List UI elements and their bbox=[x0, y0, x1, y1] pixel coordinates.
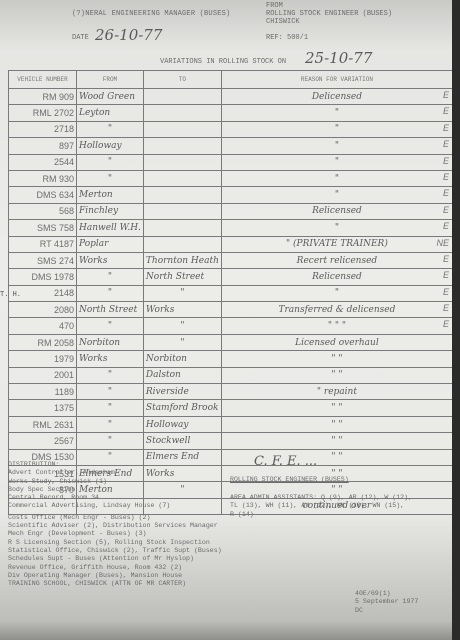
from-depot-text: Norbiton bbox=[79, 338, 120, 348]
from-depot-text: " bbox=[108, 272, 112, 282]
table-row: SMS 274WorksThornton HeathRecert relicen… bbox=[9, 252, 453, 268]
area-admin-assistants: AREA ADMIN ASSISTANTS: Q (9), AR (12), W… bbox=[230, 494, 412, 519]
to-depot bbox=[143, 170, 221, 186]
vehicle-number: 1375 bbox=[9, 400, 77, 416]
vehicle-number-text: RM 909 bbox=[42, 92, 74, 102]
reason-text: " bbox=[335, 141, 339, 151]
status-code: E bbox=[443, 123, 449, 133]
from-depot: " bbox=[77, 285, 144, 301]
to-depot-text: " bbox=[180, 338, 184, 348]
from-depot-text: " bbox=[108, 436, 112, 446]
vehicle-number: RM 930 bbox=[9, 170, 77, 186]
from-depot: " bbox=[77, 400, 144, 416]
reason-text: " bbox=[335, 124, 339, 134]
distribution-line: Statistical Office, Chiswick (2), Traffi… bbox=[8, 547, 222, 555]
vehicle-number-text: 2544 bbox=[54, 157, 74, 167]
col-reason: REASON FOR VARIATION bbox=[221, 71, 452, 89]
from-depot: Holloway bbox=[77, 138, 144, 154]
to-depot: Works bbox=[143, 302, 221, 318]
vehicle-number: 568 bbox=[9, 203, 77, 219]
vehicle-number: 2080 bbox=[9, 302, 77, 318]
vehicle-number: 2544 bbox=[9, 154, 77, 170]
reason: " " bbox=[221, 351, 452, 367]
reason: " " bbox=[221, 416, 452, 432]
reason-text: " " bbox=[331, 354, 342, 364]
document-page: (?)NERAL ENGINEERING MANAGER (BUSES) FRO… bbox=[0, 0, 452, 640]
table-row: 1979WorksNorbiton" " bbox=[9, 351, 453, 367]
reason-text: " " " bbox=[328, 321, 346, 331]
vehicle-number-text: RML 2702 bbox=[33, 108, 74, 118]
table-row: DMS 634Merton"E bbox=[9, 187, 453, 203]
vehicle-number-text: SMS 758 bbox=[37, 223, 74, 233]
from-depot-text: Works bbox=[79, 256, 107, 266]
reference: REF: 500/1 bbox=[266, 34, 308, 42]
col-from: FROM bbox=[77, 71, 144, 89]
distribution-line: Advert Controller, Aldenham bbox=[8, 469, 222, 477]
table-row: 897Holloway"E bbox=[9, 138, 453, 154]
status-code: E bbox=[443, 303, 449, 313]
to-depot bbox=[143, 121, 221, 137]
from-depot-text: " bbox=[108, 174, 112, 184]
table-row: 2080North StreetWorksTransferred & delic… bbox=[9, 302, 453, 318]
status-code: E bbox=[443, 205, 449, 215]
table-row: 1189"Riverside" repaint bbox=[9, 384, 453, 400]
reason: Transferred & delicensedE bbox=[221, 302, 452, 318]
reason-text: " " bbox=[331, 370, 342, 380]
reason: " " bbox=[221, 367, 452, 383]
vehicle-number-text: 2001 bbox=[54, 370, 74, 380]
from-block: FROM ROLLING STOCK ENGINEER (BUSES) CHIS… bbox=[266, 2, 392, 26]
table-row: 2567"Stockwell" " bbox=[9, 433, 453, 449]
from-depot-text: Holloway bbox=[79, 141, 122, 151]
from-depot-text: " bbox=[108, 403, 112, 413]
table-row: 470""" " "E bbox=[9, 318, 453, 334]
from-depot-text: " bbox=[108, 370, 112, 380]
scan-edge bbox=[452, 0, 460, 640]
table-row: 2001"Dalston" " bbox=[9, 367, 453, 383]
vehicle-number-text: 1979 bbox=[54, 354, 74, 364]
reason: "E bbox=[221, 154, 452, 170]
ref-value: 500/1 bbox=[287, 34, 308, 42]
from-depot-text: " bbox=[108, 124, 112, 134]
to-depot bbox=[143, 187, 221, 203]
reason: "E bbox=[221, 187, 452, 203]
vehicle-number-text: SMS 274 bbox=[37, 256, 74, 266]
from-depot: " bbox=[77, 433, 144, 449]
vehicle-number-text: RM 930 bbox=[42, 174, 74, 184]
from-depot: North Street bbox=[77, 302, 144, 318]
vehicle-number: RML 2631 bbox=[9, 416, 77, 432]
vehicle-number: 2567 bbox=[9, 433, 77, 449]
reason-text: Recert relicensed bbox=[297, 256, 378, 266]
to-depot bbox=[143, 105, 221, 121]
to-depot: Thornton Heath bbox=[143, 252, 221, 268]
table-row: RM 909Wood GreenDelicensedE bbox=[9, 89, 453, 105]
vehicle-number: RM 2058 bbox=[9, 334, 77, 350]
from-depot-text: Wood Green bbox=[79, 92, 135, 102]
from-depot-text: Merton bbox=[79, 190, 113, 200]
from-depot-text: Leyton bbox=[79, 108, 110, 118]
table-header-row: VEHICLE NUMBER FROM TO REASON FOR VARIAT… bbox=[9, 71, 453, 89]
status-code: E bbox=[443, 221, 449, 231]
reason-text: Relicensed bbox=[312, 272, 362, 282]
distribution-line: Commercial Advertising, Lindsay House (7… bbox=[8, 502, 222, 510]
status-code: E bbox=[443, 254, 449, 264]
to-depot bbox=[143, 89, 221, 105]
distribution-line: Div Operating Manager (Buses), Mansion H… bbox=[8, 572, 222, 580]
from-label: FROM bbox=[266, 2, 392, 10]
from-depot: " bbox=[77, 318, 144, 334]
reason: " " bbox=[221, 400, 452, 416]
vehicle-number: RT 4187 bbox=[9, 236, 77, 252]
vehicle-number: 1979 bbox=[9, 351, 77, 367]
variations-table: VEHICLE NUMBER FROM TO REASON FOR VARIAT… bbox=[8, 70, 453, 515]
distribution-line: TRAINING SCHOOL, CHISWICK (ATTN OF MR CA… bbox=[8, 580, 222, 588]
distribution-line: Revenue Office, Griffith House, Room 432… bbox=[8, 564, 222, 572]
from-depot-text: " bbox=[108, 420, 112, 430]
date-value: 26-10-77 bbox=[95, 26, 162, 44]
vehicle-number-text: 1189 bbox=[55, 387, 74, 397]
from-line-2: CHISWICK bbox=[266, 18, 392, 26]
vehicle-number: 1189 bbox=[9, 384, 77, 400]
from-depot: Wood Green bbox=[77, 89, 144, 105]
reason-text: " bbox=[335, 157, 339, 167]
reason: "E bbox=[221, 105, 452, 121]
distribution-line: R S Licensing Section (5), Rolling Stock… bbox=[8, 539, 222, 547]
to-depot bbox=[143, 138, 221, 154]
from-depot: Poplar bbox=[77, 236, 144, 252]
distribution-line: Central Record, Room 34 bbox=[8, 494, 222, 502]
reason-text: Relicensed bbox=[312, 206, 362, 216]
from-depot-text: " bbox=[108, 387, 112, 397]
status-code: E bbox=[443, 90, 449, 100]
to-depot-text: Thornton Heath bbox=[146, 256, 219, 266]
distribution-line: Scientific Adviser (2), Distribution Ser… bbox=[8, 522, 222, 530]
status-code: E bbox=[443, 319, 449, 329]
from-depot: " bbox=[77, 170, 144, 186]
signature: C. F. E. ... bbox=[254, 454, 317, 469]
reason: "E bbox=[221, 170, 452, 186]
to-depot-text: Stockwell bbox=[146, 436, 190, 446]
table-row: 2544""E bbox=[9, 154, 453, 170]
date-label: DATE bbox=[72, 34, 89, 42]
from-depot-text: North Street bbox=[79, 305, 137, 315]
area-admin-line: R (14) bbox=[230, 511, 412, 519]
from-depot-text: Hanwell W.H. bbox=[79, 223, 141, 233]
from-line-1: ROLLING STOCK ENGINEER (BUSES) bbox=[266, 10, 392, 18]
from-depot: Merton bbox=[77, 187, 144, 203]
reason: Recert relicensedE bbox=[221, 252, 452, 268]
reason-text: Licensed overhaul bbox=[295, 338, 379, 348]
vehicle-number-text: 2718 bbox=[54, 124, 74, 134]
from-depot: Works bbox=[77, 351, 144, 367]
table-body: RM 909Wood GreenDelicensedERML 2702Leyto… bbox=[9, 89, 453, 515]
area-admin-line: AREA ADMIN ASSISTANTS: Q (9), AR (12), W… bbox=[230, 494, 412, 502]
vehicle-number: DMS 1978 bbox=[9, 269, 77, 285]
footer-date: 5 September 1977 bbox=[355, 598, 418, 606]
distribution-line: Works Study, Chiswick (1) bbox=[8, 478, 222, 486]
reason: "E bbox=[221, 138, 452, 154]
vehicle-number: 897 bbox=[9, 138, 77, 154]
from-depot: " bbox=[77, 121, 144, 137]
vehicle-number: 2001 bbox=[9, 367, 77, 383]
vehicle-number-text: DMS 1978 bbox=[31, 272, 74, 282]
reason-text: " " bbox=[331, 452, 342, 462]
reason: " " "E bbox=[221, 318, 452, 334]
vehicle-number-text: 2148 bbox=[54, 288, 74, 298]
distribution-list: DISTRIBUTION: Advert Controller, Aldenha… bbox=[8, 461, 222, 588]
from-depot: " bbox=[77, 367, 144, 383]
signatory-title: ROLLING STOCK ENGINEER (BUSES) bbox=[230, 476, 349, 483]
reason-text: " repaint bbox=[317, 387, 357, 397]
file-reference: 40E/69(1) bbox=[355, 590, 418, 598]
to-depot-text: Stamford Brook bbox=[146, 403, 219, 413]
vehicle-number: 470 bbox=[9, 318, 77, 334]
from-depot: Leyton bbox=[77, 105, 144, 121]
distribution-heading: DISTRIBUTION: bbox=[8, 461, 222, 469]
table-row: RML 2702Leyton"E bbox=[9, 105, 453, 121]
from-depot-text: Poplar bbox=[79, 239, 108, 249]
table-row: 2718""E bbox=[9, 121, 453, 137]
from-depot: Hanwell W.H. bbox=[77, 220, 144, 236]
to-depot-text: Norbiton bbox=[146, 354, 187, 364]
to-depot-text: Works bbox=[146, 305, 174, 315]
to-depot: Stamford Brook bbox=[143, 400, 221, 416]
status-code: NE bbox=[436, 238, 449, 248]
col-to: TO bbox=[143, 71, 221, 89]
distribution-line: Mech Engr (Development - Buses) (3) bbox=[8, 530, 222, 538]
to-depot-text: North Street bbox=[146, 272, 204, 282]
table-row: RML 2631"Holloway" " bbox=[9, 416, 453, 432]
distribution-line: Schedules Supt - Buses (Attention of Mr … bbox=[8, 555, 222, 563]
vehicle-number: 2718 bbox=[9, 121, 77, 137]
ref-label: REF: bbox=[266, 34, 283, 42]
to-depot: North Street bbox=[143, 269, 221, 285]
reason: "E bbox=[221, 220, 452, 236]
reason-text: " " bbox=[331, 403, 342, 413]
vehicle-number-text: 897 bbox=[59, 141, 74, 151]
reason: RelicensedE bbox=[221, 269, 452, 285]
vehicle-number-text: 568 bbox=[59, 206, 74, 216]
reason-text: Transferred & delicensed bbox=[278, 305, 395, 315]
reason: DelicensedE bbox=[221, 89, 452, 105]
to-depot: Dalston bbox=[143, 367, 221, 383]
from-depot: Finchley bbox=[77, 203, 144, 219]
status-code: E bbox=[443, 287, 449, 297]
to-depot-text: Dalston bbox=[146, 370, 181, 380]
reason-text: " bbox=[335, 190, 339, 200]
vehicle-number-text: RML 2631 bbox=[33, 420, 74, 430]
area-admin-line: TL (13), WH (11), AV (12), NX (10), WN (… bbox=[230, 502, 412, 510]
to-depot bbox=[143, 236, 221, 252]
reason-text: " (PRIVATE TRAINER) bbox=[286, 239, 388, 249]
vehicle-number: RM 909 bbox=[9, 89, 77, 105]
to-depot-text: Holloway bbox=[146, 420, 189, 430]
typist-initials: DC bbox=[355, 607, 418, 615]
vehicle-number: SMS 758 bbox=[9, 220, 77, 236]
to-depot bbox=[143, 220, 221, 236]
table-row: RM 930""E bbox=[9, 170, 453, 186]
reason: " (PRIVATE TRAINER)NE bbox=[221, 236, 452, 252]
vehicle-number-text: RT 4187 bbox=[40, 239, 74, 249]
from-depot: Works bbox=[77, 252, 144, 268]
vehicle-number-text: 470 bbox=[59, 321, 74, 331]
reason-text: " " bbox=[331, 436, 342, 446]
to-depot: Holloway bbox=[143, 416, 221, 432]
distribution-line: Body Spec Section bbox=[8, 486, 222, 494]
document-title: VARIATIONS IN ROLLING STOCK ON bbox=[160, 58, 286, 66]
reason-text: " bbox=[335, 174, 339, 184]
reason: RelicensedE bbox=[221, 203, 452, 219]
status-code: E bbox=[443, 188, 449, 198]
to-depot bbox=[143, 154, 221, 170]
to-depot-text: Riverside bbox=[146, 387, 189, 397]
table-row: 2148"""E bbox=[9, 285, 453, 301]
col-vehicle-number: VEHICLE NUMBER bbox=[9, 71, 77, 89]
reason-text: " bbox=[335, 288, 339, 298]
to-depot bbox=[143, 203, 221, 219]
vehicle-number-text: 1375 bbox=[54, 403, 74, 413]
status-code: E bbox=[443, 156, 449, 166]
table-row: RM 2058Norbiton"Licensed overhaul bbox=[9, 334, 453, 350]
to-depot: Stockwell bbox=[143, 433, 221, 449]
table-row: DMS 1978"North StreetRelicensedE bbox=[9, 269, 453, 285]
from-depot-text: " bbox=[108, 157, 112, 167]
to-depot: " bbox=[143, 285, 221, 301]
status-code: E bbox=[443, 270, 449, 280]
vehicle-number: RML 2702 bbox=[9, 105, 77, 121]
to-depot: " bbox=[143, 318, 221, 334]
from-depot-text: Finchley bbox=[79, 206, 118, 216]
from-depot: " bbox=[77, 269, 144, 285]
from-depot: " bbox=[77, 416, 144, 432]
table-row: SMS 758Hanwell W.H."E bbox=[9, 220, 453, 236]
to-depot: Riverside bbox=[143, 384, 221, 400]
vehicle-number: DMS 634 bbox=[9, 187, 77, 203]
reason-text: " bbox=[335, 223, 339, 233]
table-row: 568FinchleyRelicensedE bbox=[9, 203, 453, 219]
reason: "E bbox=[221, 285, 452, 301]
status-code: E bbox=[443, 139, 449, 149]
reason: "E bbox=[221, 121, 452, 137]
footer-reference: 40E/69(1) 5 September 1977 DC bbox=[355, 590, 418, 615]
from-depot-text: Works bbox=[79, 354, 107, 364]
reason-text: " bbox=[335, 108, 339, 118]
vehicle-number-text: RM 2058 bbox=[37, 338, 74, 348]
vehicle-number-text: 2080 bbox=[54, 305, 74, 315]
to-depot-text: " bbox=[180, 321, 184, 331]
distribution-line: Costs Office (Mech Engr - Buses) (2) bbox=[8, 514, 222, 522]
status-code: E bbox=[443, 106, 449, 116]
reason: Licensed overhaul bbox=[221, 334, 452, 350]
vehicle-number-text: DMS 634 bbox=[36, 190, 74, 200]
from-depot: Norbiton bbox=[77, 334, 144, 350]
title-date: 25-10-77 bbox=[305, 49, 372, 67]
reason-text: " " bbox=[331, 420, 342, 430]
table-row: RT 4187Poplar" (PRIVATE TRAINER)NE bbox=[9, 236, 453, 252]
from-depot: " bbox=[77, 384, 144, 400]
to-depot: Norbiton bbox=[143, 351, 221, 367]
from-depot: " bbox=[77, 154, 144, 170]
vehicle-number: SMS 274 bbox=[9, 252, 77, 268]
status-code: E bbox=[443, 172, 449, 182]
reason: " repaint bbox=[221, 384, 452, 400]
reason: " " bbox=[221, 433, 452, 449]
from-depot-text: " bbox=[108, 321, 112, 331]
vehicle-number: 2148 bbox=[9, 285, 77, 301]
from-depot-text: " bbox=[108, 288, 112, 298]
to-line: (?)NERAL ENGINEERING MANAGER (BUSES) bbox=[72, 10, 230, 18]
to-depot-text: " bbox=[180, 288, 184, 298]
table-row: 1375"Stamford Brook" " bbox=[9, 400, 453, 416]
reason-text: Delicensed bbox=[312, 92, 362, 102]
vehicle-number-text: 2567 bbox=[54, 436, 74, 446]
to-depot: " bbox=[143, 334, 221, 350]
